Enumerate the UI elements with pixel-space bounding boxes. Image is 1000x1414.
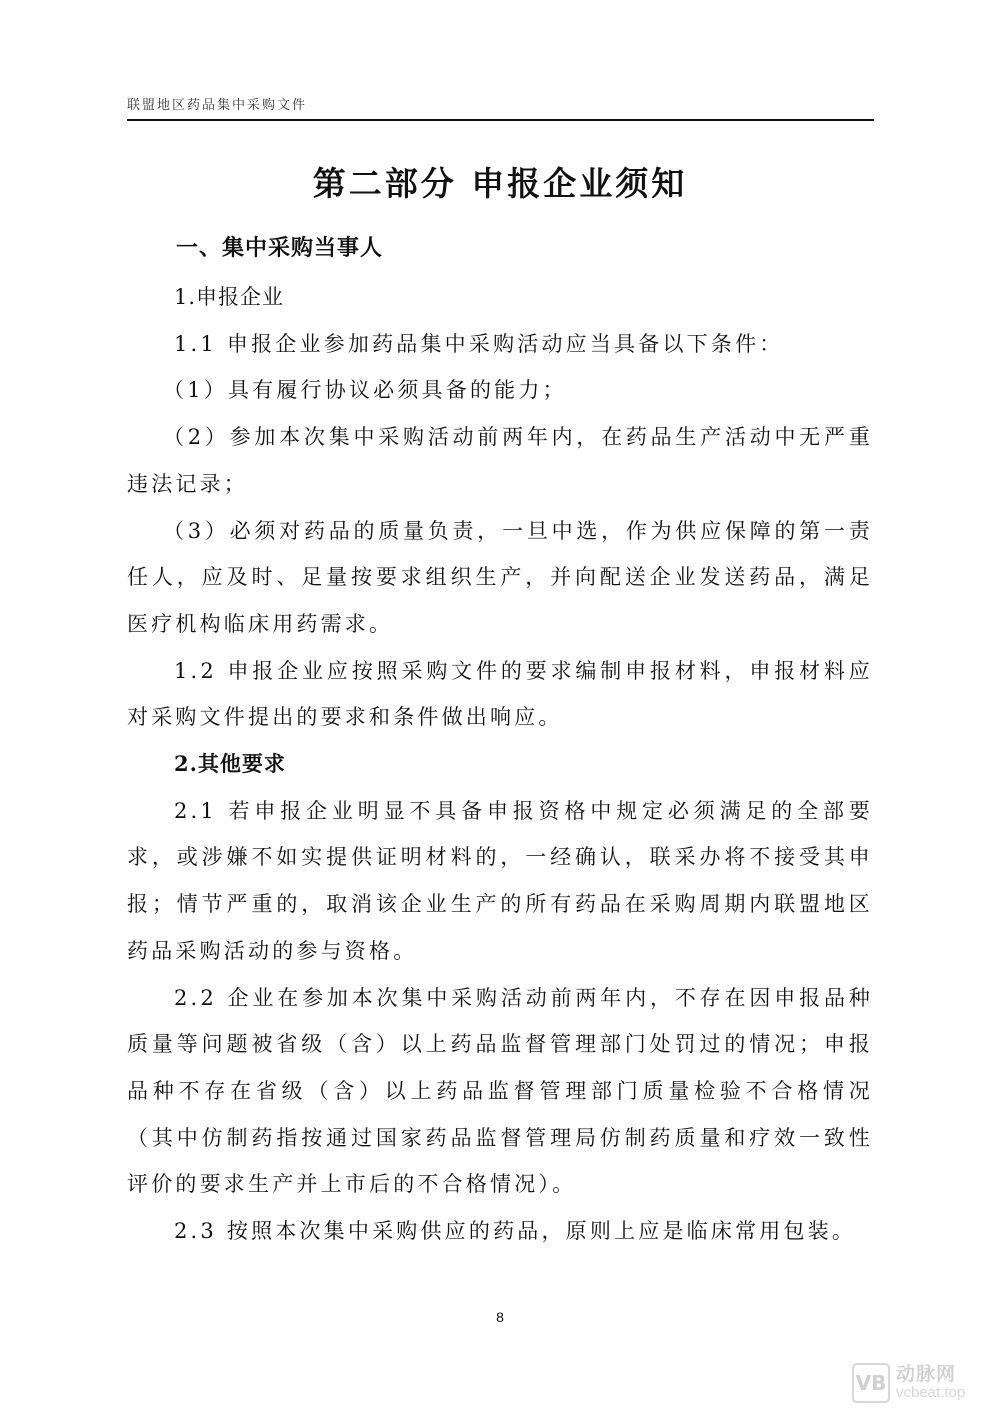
section-heading-parties: 一、集中采购当事人 [176, 231, 383, 262]
running-header: 联盟地区药品集中采购文件 [127, 94, 873, 113]
document-body: 1.申报企业 1.1 申报企业参加药品集中采购活动应当具备以下条件： （1）具有… [127, 274, 873, 1255]
paragraph-1-1-item-3: （3）必须对药品的质量负责，一旦中选，作为供应保障的第一责任人，应及时、足量按要… [127, 508, 873, 648]
paragraph-1-1: 1.1 申报企业参加药品集中采购活动应当具备以下条件： [127, 321, 873, 368]
header-divider [127, 119, 874, 121]
paragraph-1-1-item-1: （1）具有履行协议必须具备的能力； [127, 367, 873, 414]
vb-logo-icon: VB [852, 1363, 890, 1403]
watermark-brand: 动脉网 [896, 1365, 965, 1385]
page-number: 8 [0, 1309, 1000, 1325]
paragraph-2-3: 2.3 按照本次集中采购供应的药品，原则上应是临床常用包装。 [127, 1208, 873, 1255]
subsection-heading-other-requirements: 2.其他要求 [127, 741, 873, 788]
paragraph-2-2: 2.2 企业在参加本次集中采购活动前两年内，不存在因申报品种质量等问题被省级（含… [127, 975, 873, 1209]
page-title: 第二部分 申报企业须知 [0, 158, 1000, 205]
watermark-text: 动脉网 vcbeat.top [896, 1365, 965, 1401]
watermark-url: vcbeat.top [896, 1385, 965, 1401]
paragraph-1-1-item-2: （2）参加本次集中采购活动前两年内，在药品生产活动中无严重违法记录； [127, 414, 873, 507]
paragraph-2-1: 2.1 若申报企业明显不具备申报资格中规定必须满足的全部要求，或涉嫌不如实提供证… [127, 788, 873, 975]
paragraph-1-2: 1.2 申报企业应按照采购文件的要求编制申报材料，申报材料应对采购文件提出的要求… [127, 648, 873, 741]
subsection-heading-applicant: 1.申报企业 [127, 274, 873, 321]
watermark: VB 动脉网 vcbeat.top [852, 1358, 1000, 1408]
